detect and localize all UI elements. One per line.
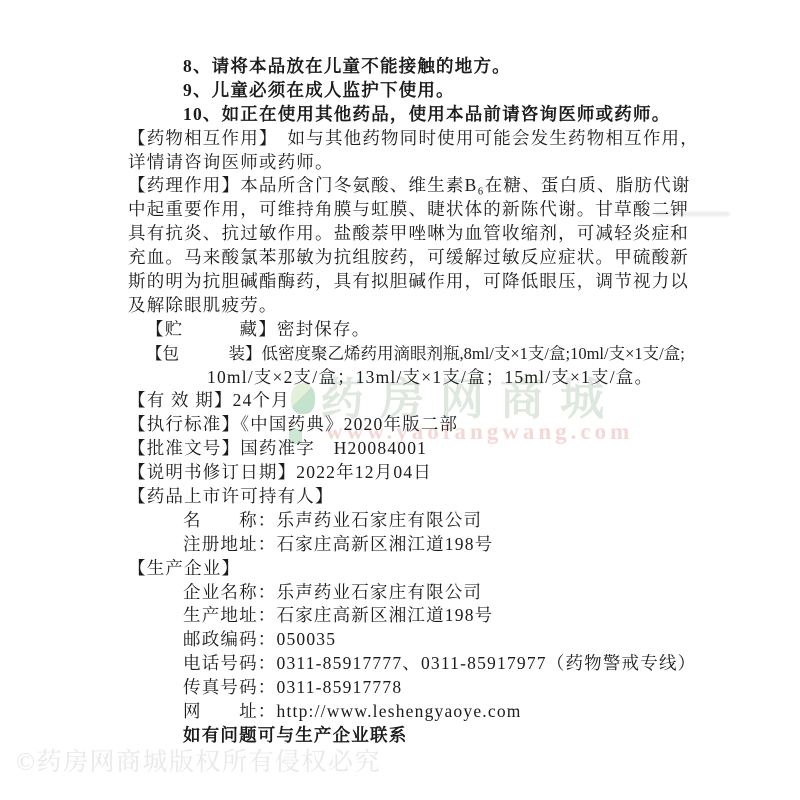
manufacturer-address-line: 生产地址：石家庄高新区湘江道198号 <box>128 604 708 628</box>
watermark-footer-text: ©药房网商城版权所有侵权必究 <box>16 749 381 777</box>
approval-number-line: 【批准文号】国药准字 H20084001 <box>128 437 708 461</box>
pharmacology-line: 及解除眼肌疲劳。 <box>128 294 708 318</box>
revision-date-line: 【说明书修订日期】2022年12月04日 <box>128 461 708 485</box>
document-body: 8、请将本品放在儿童不能接触的地方。 9、儿童必须在成人监护下使用。 10、如正… <box>128 55 708 748</box>
license-holder-header: 【药品上市许可持有人】 <box>128 485 708 509</box>
storage-line: 【贮 藏】密封保存。 <box>128 318 708 342</box>
manufacturer-header: 【生产企业】 <box>128 557 708 581</box>
precaution-item-8: 8、请将本品放在儿童不能接触的地方。 <box>128 55 708 79</box>
packaging-line: 10ml/支×2支/盒；13ml/支×1支/盒；15ml/支×1支/盒。 <box>128 366 708 390</box>
license-holder-address-line: 注册地址：石家庄高新区湘江道198号 <box>128 533 708 557</box>
insert-page: 药房网商城 www.yaofangwang.com 8、请将本品放在儿童不能接触… <box>0 0 800 800</box>
drug-interactions-line: 详情请咨询医师或药师。 <box>128 151 708 175</box>
pharmacology-line: 【药理作用】本品所含门冬氨酸、维生素B₆在糖、蛋白质、脂肪代谢 <box>128 174 708 198</box>
pharmacology-line: 充血。马来酸氯苯那敏为抗组胺药，可缓解过敏反应症状。甲硫酸新 <box>128 246 708 270</box>
drug-interactions-line: 【药物相互作用】 如与其他药物同时使用可能会发生药物相互作用， <box>128 127 708 151</box>
pharmacology-line: 具有抗炎、抗过敏作用。盐酸萘甲唑啉为血管收缩剂，可减轻炎症和 <box>128 222 708 246</box>
contact-note-line: 如有问题可与生产企业联系 <box>128 724 708 748</box>
shelf-life-line: 【有 效 期】24个月 <box>128 389 708 413</box>
packaging-line: 【包 装】低密度聚乙烯药用滴眼剂瓶,8ml/支×1支/盒;10ml/支×1支/盒… <box>128 342 708 366</box>
standard-line: 【执行标准】《中国药典》2020年版二部 <box>128 413 708 437</box>
phone-line: 电话号码：0311-85917777、0311-85917977（药物警戒专线） <box>128 652 708 676</box>
manufacturer-name-line: 企业名称：乐声药业石家庄有限公司 <box>128 581 708 605</box>
precaution-item-10: 10、如正在使用其他药品，使用本品前请咨询医师或药师。 <box>128 103 708 127</box>
precaution-item-9: 9、儿童必须在成人监护下使用。 <box>128 79 708 103</box>
pharmacology-line: 中起重要作用，可维持角膜与虹膜、睫状体的新陈代谢。甘草酸二钾 <box>128 198 708 222</box>
license-holder-name-line: 名 称：乐声药业石家庄有限公司 <box>128 509 708 533</box>
fax-line: 传真号码：0311-85917778 <box>128 676 708 700</box>
pharmacology-line: 斯的明为抗胆碱酯酶药，具有拟胆碱作用，可降低眼压，调节视力以 <box>128 270 708 294</box>
postal-code-line: 邮政编码：050035 <box>128 628 708 652</box>
website-line: 网 址：http://www.leshengyaoye.com <box>128 700 708 724</box>
